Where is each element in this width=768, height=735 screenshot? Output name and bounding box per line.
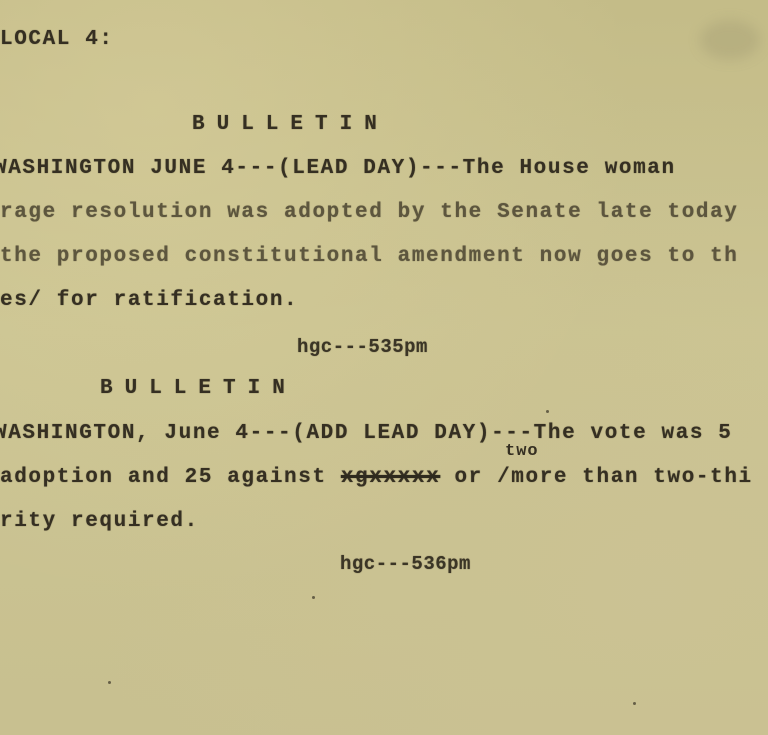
bulletin-1-line-3: the proposed constitutional amendment no… [0,245,739,268]
document-header: LOCAL 4: [0,28,114,51]
bulletin-2-heading: BULLETIN [100,377,297,400]
bulletin-2-signoff: hgc---536pm [340,553,471,575]
bulletin-1-line-2: rage resolution was adopted by the Senat… [0,201,739,224]
bulletin-1-signoff: hgc---535pm [297,336,428,358]
bulletin-1-line-1: WASHINGTON JUNE 4---(LEAD DAY)---The Hou… [0,157,676,180]
struck-text: xgxxxxx [341,466,440,489]
typed-insertion: two [505,442,539,461]
paper-smudge [700,20,760,60]
bulletin-2-line-3: rity required. [0,510,199,533]
bulletin-2-line-2: adoption and 25 against xgxxxxx or /more… [0,466,753,489]
typewritten-page: LOCAL 4: BULLETIN WASHINGTON JUNE 4---(L… [0,0,768,735]
bulletin-2-line-2-text: adoption and 25 against [0,466,327,489]
bulletin-2-line-2-continued: or /more than two-thi [440,466,752,489]
bulletin-1-heading: BULLETIN [192,113,389,136]
bulletin-2-line-1: WASHINGTON, June 4---(ADD LEAD DAY)---Th… [0,422,733,445]
bulletin-1-line-4: es/ for ratification. [0,289,298,312]
paper-speck [108,681,111,684]
paper-speck [312,596,315,599]
paper-speck [546,410,549,413]
paper-speck [633,702,636,705]
